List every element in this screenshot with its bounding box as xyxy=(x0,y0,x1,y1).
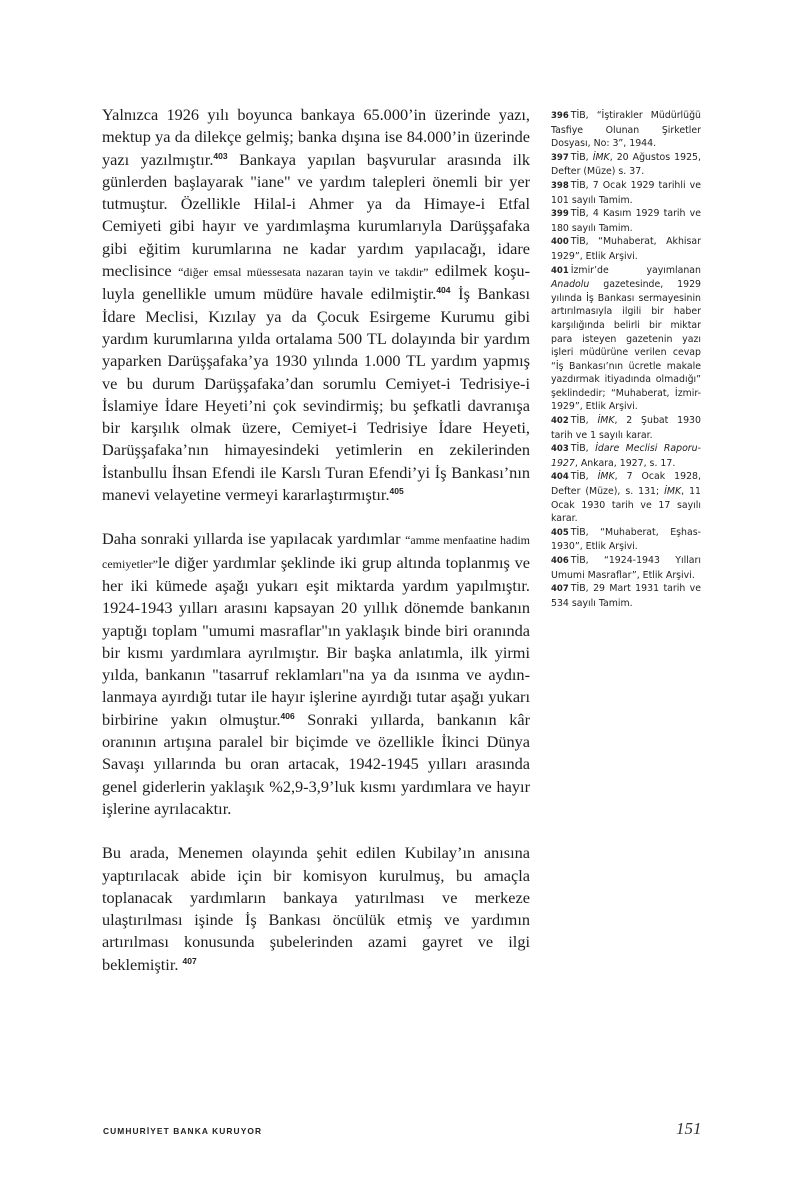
footnote-text: TİB, xyxy=(571,443,595,454)
main-text-column: Yalnızca 1926 yılı boyunca bankaya 65.00… xyxy=(102,104,530,998)
footnote-text: İzmir’de yayımlanan xyxy=(571,265,701,276)
footnote-number: 406 xyxy=(551,556,569,566)
footnote-item: 403TİB, İdare Meclisi Rapo­ru-1927, Anka… xyxy=(551,442,701,470)
footnote-text: TİB, “1924-1943 Yılları Umumi Masraflar”… xyxy=(551,555,701,581)
footnote-reference[interactable]: 405 xyxy=(390,486,404,496)
body-text: İş Bankası İdare Meclisi, Kızılay ya da … xyxy=(102,284,530,504)
footnote-number: 398 xyxy=(551,181,569,191)
footnote-text: TİB, xyxy=(571,471,598,482)
body-text: le diğer yardımlar şeklinde iki grup al­… xyxy=(102,553,530,729)
footnote-text: TİB, 4 Kasım 1929 tarih ve 180 sayılı Ta… xyxy=(551,208,701,234)
footnote-item: 401İzmir’de yayımlanan Anadolu gazetesin… xyxy=(551,264,701,415)
footnote-reference[interactable]: 406 xyxy=(281,711,295,721)
footnote-text: TİB, “Muhaberat, Eş­has-1930”, Etlik Arş… xyxy=(551,527,701,553)
footnote-text: , Ankara, 1927, s. 17. xyxy=(575,458,675,469)
footnote-italic-title: Anadolu xyxy=(551,279,589,290)
body-paragraph: Daha sonraki yıllarda ise yapılacak yard… xyxy=(102,528,530,820)
footnote-item: 405TİB, “Muhaberat, Eş­has-1930”, Etlik … xyxy=(551,526,701,554)
running-footer-title: CUMHURİYET BANKA KURUYOR xyxy=(103,1126,262,1136)
footnote-number: 405 xyxy=(551,528,569,538)
footnote-number: 403 xyxy=(551,444,569,454)
footnote-italic-title: İMK xyxy=(598,471,615,482)
footnote-text: TİB, 29 Mart 1931 tarih ve 534 sayılı Ta… xyxy=(551,583,701,609)
footnote-text: TİB, xyxy=(571,415,598,426)
footnote-number: 402 xyxy=(551,416,569,426)
footnote-item: 404TİB, İMK, 7 Ocak 1928, Defter (Müze),… xyxy=(551,470,701,525)
footnote-number: 407 xyxy=(551,584,569,594)
footnote-reference[interactable]: 403 xyxy=(213,151,227,161)
footnote-item: 400TİB, “Muhaberat, Akhi­sar 1929”, Etli… xyxy=(551,235,701,263)
inline-quotation: “diğer emsal müessesata nazaran tayin ve… xyxy=(178,265,428,279)
footnote-item: 398TİB, 7 Ocak 1929 tarih­li ve 101 sayı… xyxy=(551,179,701,207)
footnote-item: 406TİB, “1924-1943 Yılları Umumi Masrafl… xyxy=(551,554,701,582)
footnote-italic-title: İMK xyxy=(593,152,610,163)
footnote-item: 397TİB, İMK, 20 Ağustos 1925, Defter (Mü… xyxy=(551,151,701,179)
footnote-number: 399 xyxy=(551,209,569,219)
footnote-text: TİB, “Muhaberat, Akhi­sar 1929”, Etlik A… xyxy=(551,236,701,262)
body-paragraph: Bu arada, Menemen olayında şehit edilen … xyxy=(102,842,530,976)
footnote-number: 404 xyxy=(551,472,569,482)
page-number: 151 xyxy=(676,1119,702,1139)
body-text: Daha sonraki yıllarda ise yapılacak yard… xyxy=(102,529,405,548)
footnote-number: 396 xyxy=(551,111,569,121)
footnote-item: 396TİB, “İştirakler Müdür­lüğü Tasfiye O… xyxy=(551,109,701,151)
footnote-text: TİB, “İştirakler Müdür­lüğü Tasfiye Olun… xyxy=(551,110,701,149)
footnote-reference[interactable]: 404 xyxy=(436,285,450,295)
body-text: Bu arada, Menemen olayında şehit edilen … xyxy=(102,843,530,973)
footnote-italic-title: İMK xyxy=(597,415,614,426)
body-paragraph: Yalnızca 1926 yılı boyunca bankaya 65.00… xyxy=(102,104,530,506)
footnote-item: 407TİB, 29 Mart 1931 tarih ve 534 sayılı… xyxy=(551,582,701,610)
footnote-reference[interactable]: 407 xyxy=(183,956,197,966)
footnote-item: 399TİB, 4 Kasım 1929 tarih ve 180 sayılı… xyxy=(551,207,701,235)
footnote-text: gazetesinde, 1929 yılında İş Bankası ser… xyxy=(551,279,701,412)
footnote-text: TİB, xyxy=(571,152,593,163)
footnote-number: 400 xyxy=(551,237,569,247)
footnote-italic-title: İMK xyxy=(664,486,681,497)
footnote-number: 397 xyxy=(551,153,569,163)
footnote-text: TİB, 7 Ocak 1929 tarih­li ve 101 sayılı … xyxy=(551,180,701,206)
footnotes-column: 396TİB, “İştirakler Müdür­lüğü Tasfiye O… xyxy=(551,109,701,610)
footnote-item: 402TİB, İMK, 2 Şubat 1930 tarih ve 1 say… xyxy=(551,414,701,442)
footnote-number: 401 xyxy=(551,266,569,276)
